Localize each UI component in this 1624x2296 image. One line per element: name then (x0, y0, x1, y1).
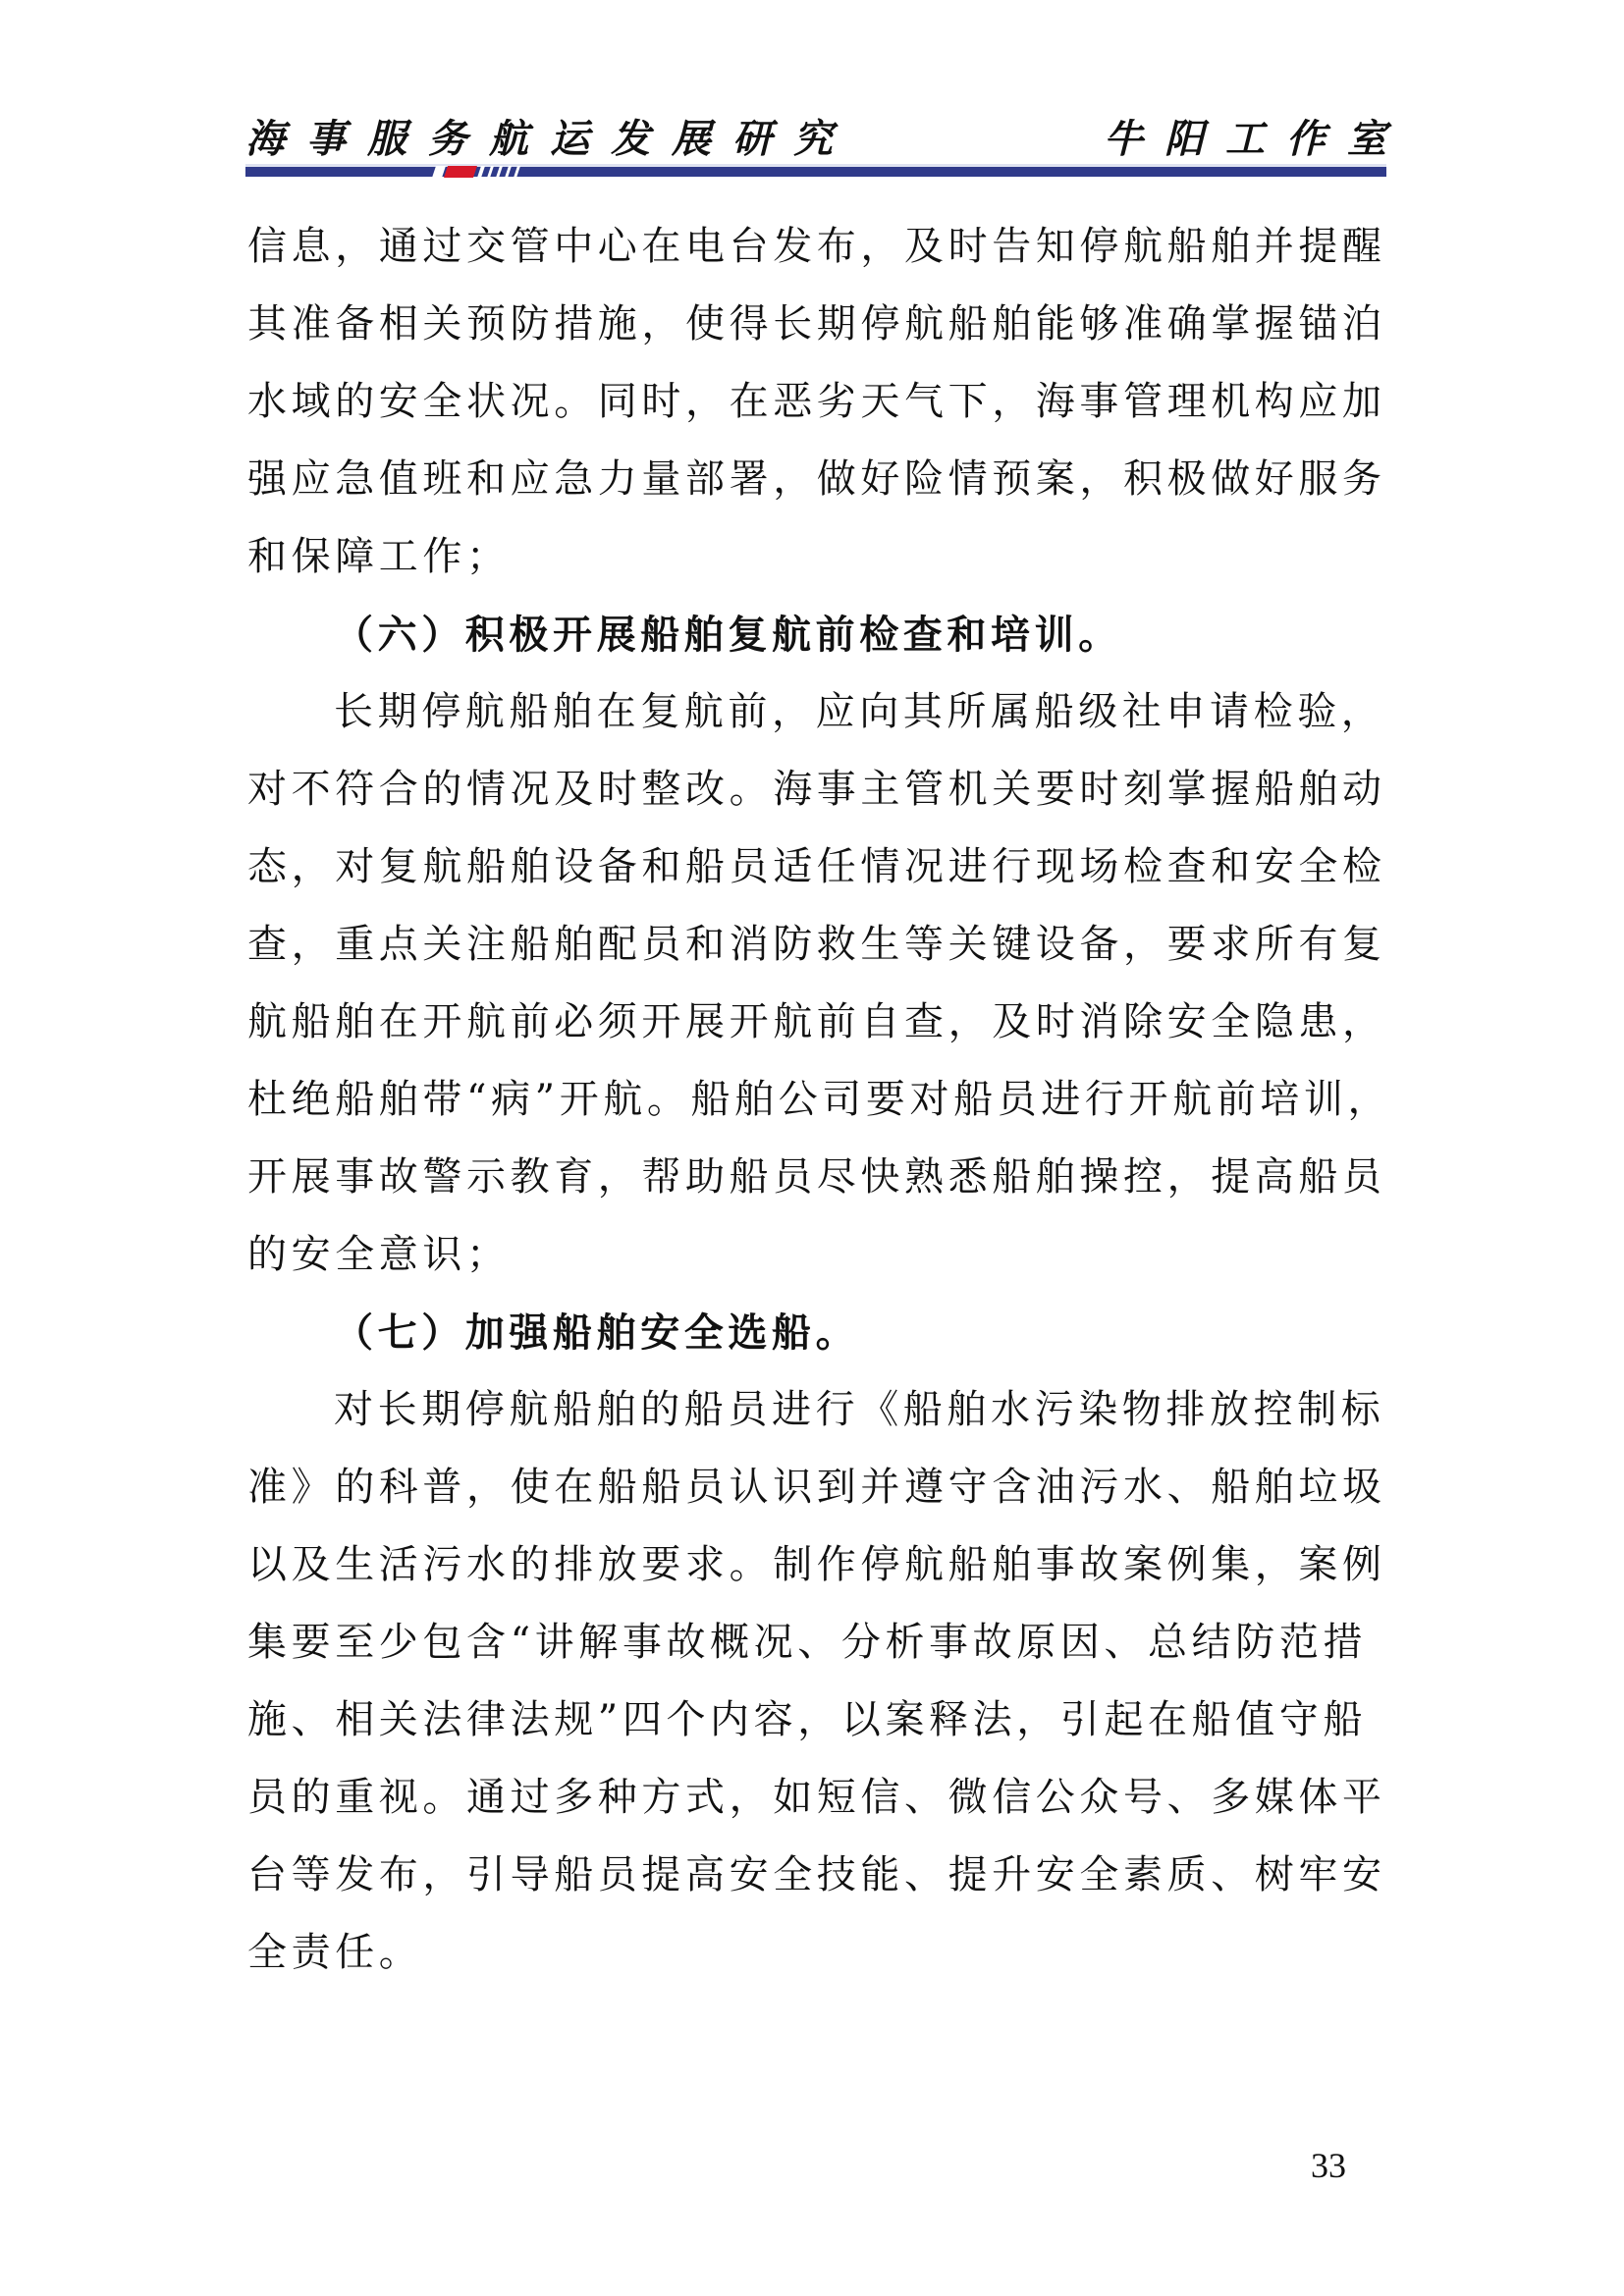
text-line: 水域的安全状况。同时，在恶劣天气下，海事管理机构应加 (247, 363, 1386, 441)
text-line: 杜绝船舶带“病”开航。船舶公司要对船员进行开航前培训， (247, 1061, 1386, 1139)
header-rule-accent-icon (432, 166, 520, 178)
text-line: 施、相关法律法规”四个内容，以案释法，引起在船值守船 (247, 1682, 1386, 1759)
text-line: 准》的科普，使在船船员认识到并遵守含油污水、船舶垃圾 (247, 1449, 1386, 1526)
text-line: 态，对复航船舶设备和船员适任情况进行现场检查和安全检 (247, 828, 1386, 906)
header-studio-name: 牛阳工作室 (1104, 108, 1408, 164)
page-header: 海事服务航运发展研究 牛阳工作室 (245, 108, 1386, 157)
text-line: 信息，通过交管中心在电台发布，及时告知停航船舶并提醒 (247, 208, 1386, 286)
section-heading-7: （七）加强船舶安全选船。 (247, 1294, 1386, 1371)
text-line: 以及生活污水的排放要求。制作停航船舶事故案例集，案例 (247, 1526, 1386, 1604)
text-line: 台等发布，引导船员提高安全技能、提升安全素质、树牢安 (247, 1837, 1386, 1914)
text-line: 和保障工作； (247, 518, 1386, 596)
text-line: 员的重视。通过多种方式，如短信、微信公众号、多媒体平 (247, 1759, 1386, 1837)
section-heading-6: （六）积极开展船舶复航前检查和培训。 (247, 596, 1386, 673)
paragraph-continued: 信息，通过交管中心在电台发布，及时告知停航船舶并提醒 其准备相关预防措施，使得长… (247, 208, 1386, 596)
text-line: 其准备相关预防措施，使得长期停航船舶能够准确掌握锚泊 (247, 286, 1386, 363)
page-body: 信息，通过交管中心在电台发布，及时告知停航船舶并提醒 其准备相关预防措施，使得长… (247, 208, 1386, 1992)
paragraph-crew-safety: 对长期停航船舶的船员进行《船舶水污染物排放控制标 准》的科普，使在船船员认识到并… (247, 1371, 1386, 1992)
text-line: 对不符合的情况及时整改。海事主管机关要时刻掌握船舶动 (247, 751, 1386, 828)
text-line: 长期停航船舶在复航前，应向其所属船级社申请检验， (247, 673, 1386, 751)
text-line: 的安全意识； (247, 1216, 1386, 1294)
text-line: 查，重点关注船舶配员和消防救生等关键设备，要求所有复 (247, 906, 1386, 984)
paragraph-reinspection-training: 长期停航船舶在复航前，应向其所属船级社申请检验， 对不符合的情况及时整改。海事主… (247, 673, 1386, 1294)
page-number: 33 (1311, 2145, 1346, 2186)
header-publication-title: 海事服务航运发展研究 (245, 108, 854, 164)
text-line: 集要至少包含“讲解事故概况、分析事故原因、总结防范措 (247, 1604, 1386, 1682)
text-line: 开展事故警示教育，帮助船员尽快熟悉船舶操控，提高船员 (247, 1139, 1386, 1216)
header-rule (245, 167, 1386, 177)
text-line: 航船舶在开航前必须开展开航前自查，及时消除安全隐患， (247, 984, 1386, 1061)
text-line: 全责任。 (247, 1914, 1386, 1992)
text-line: 对长期停航船舶的船员进行《船舶水污染物排放控制标 (247, 1371, 1386, 1449)
text-line: 强应急值班和应急力量部署，做好险情预案，积极做好服务 (247, 441, 1386, 518)
